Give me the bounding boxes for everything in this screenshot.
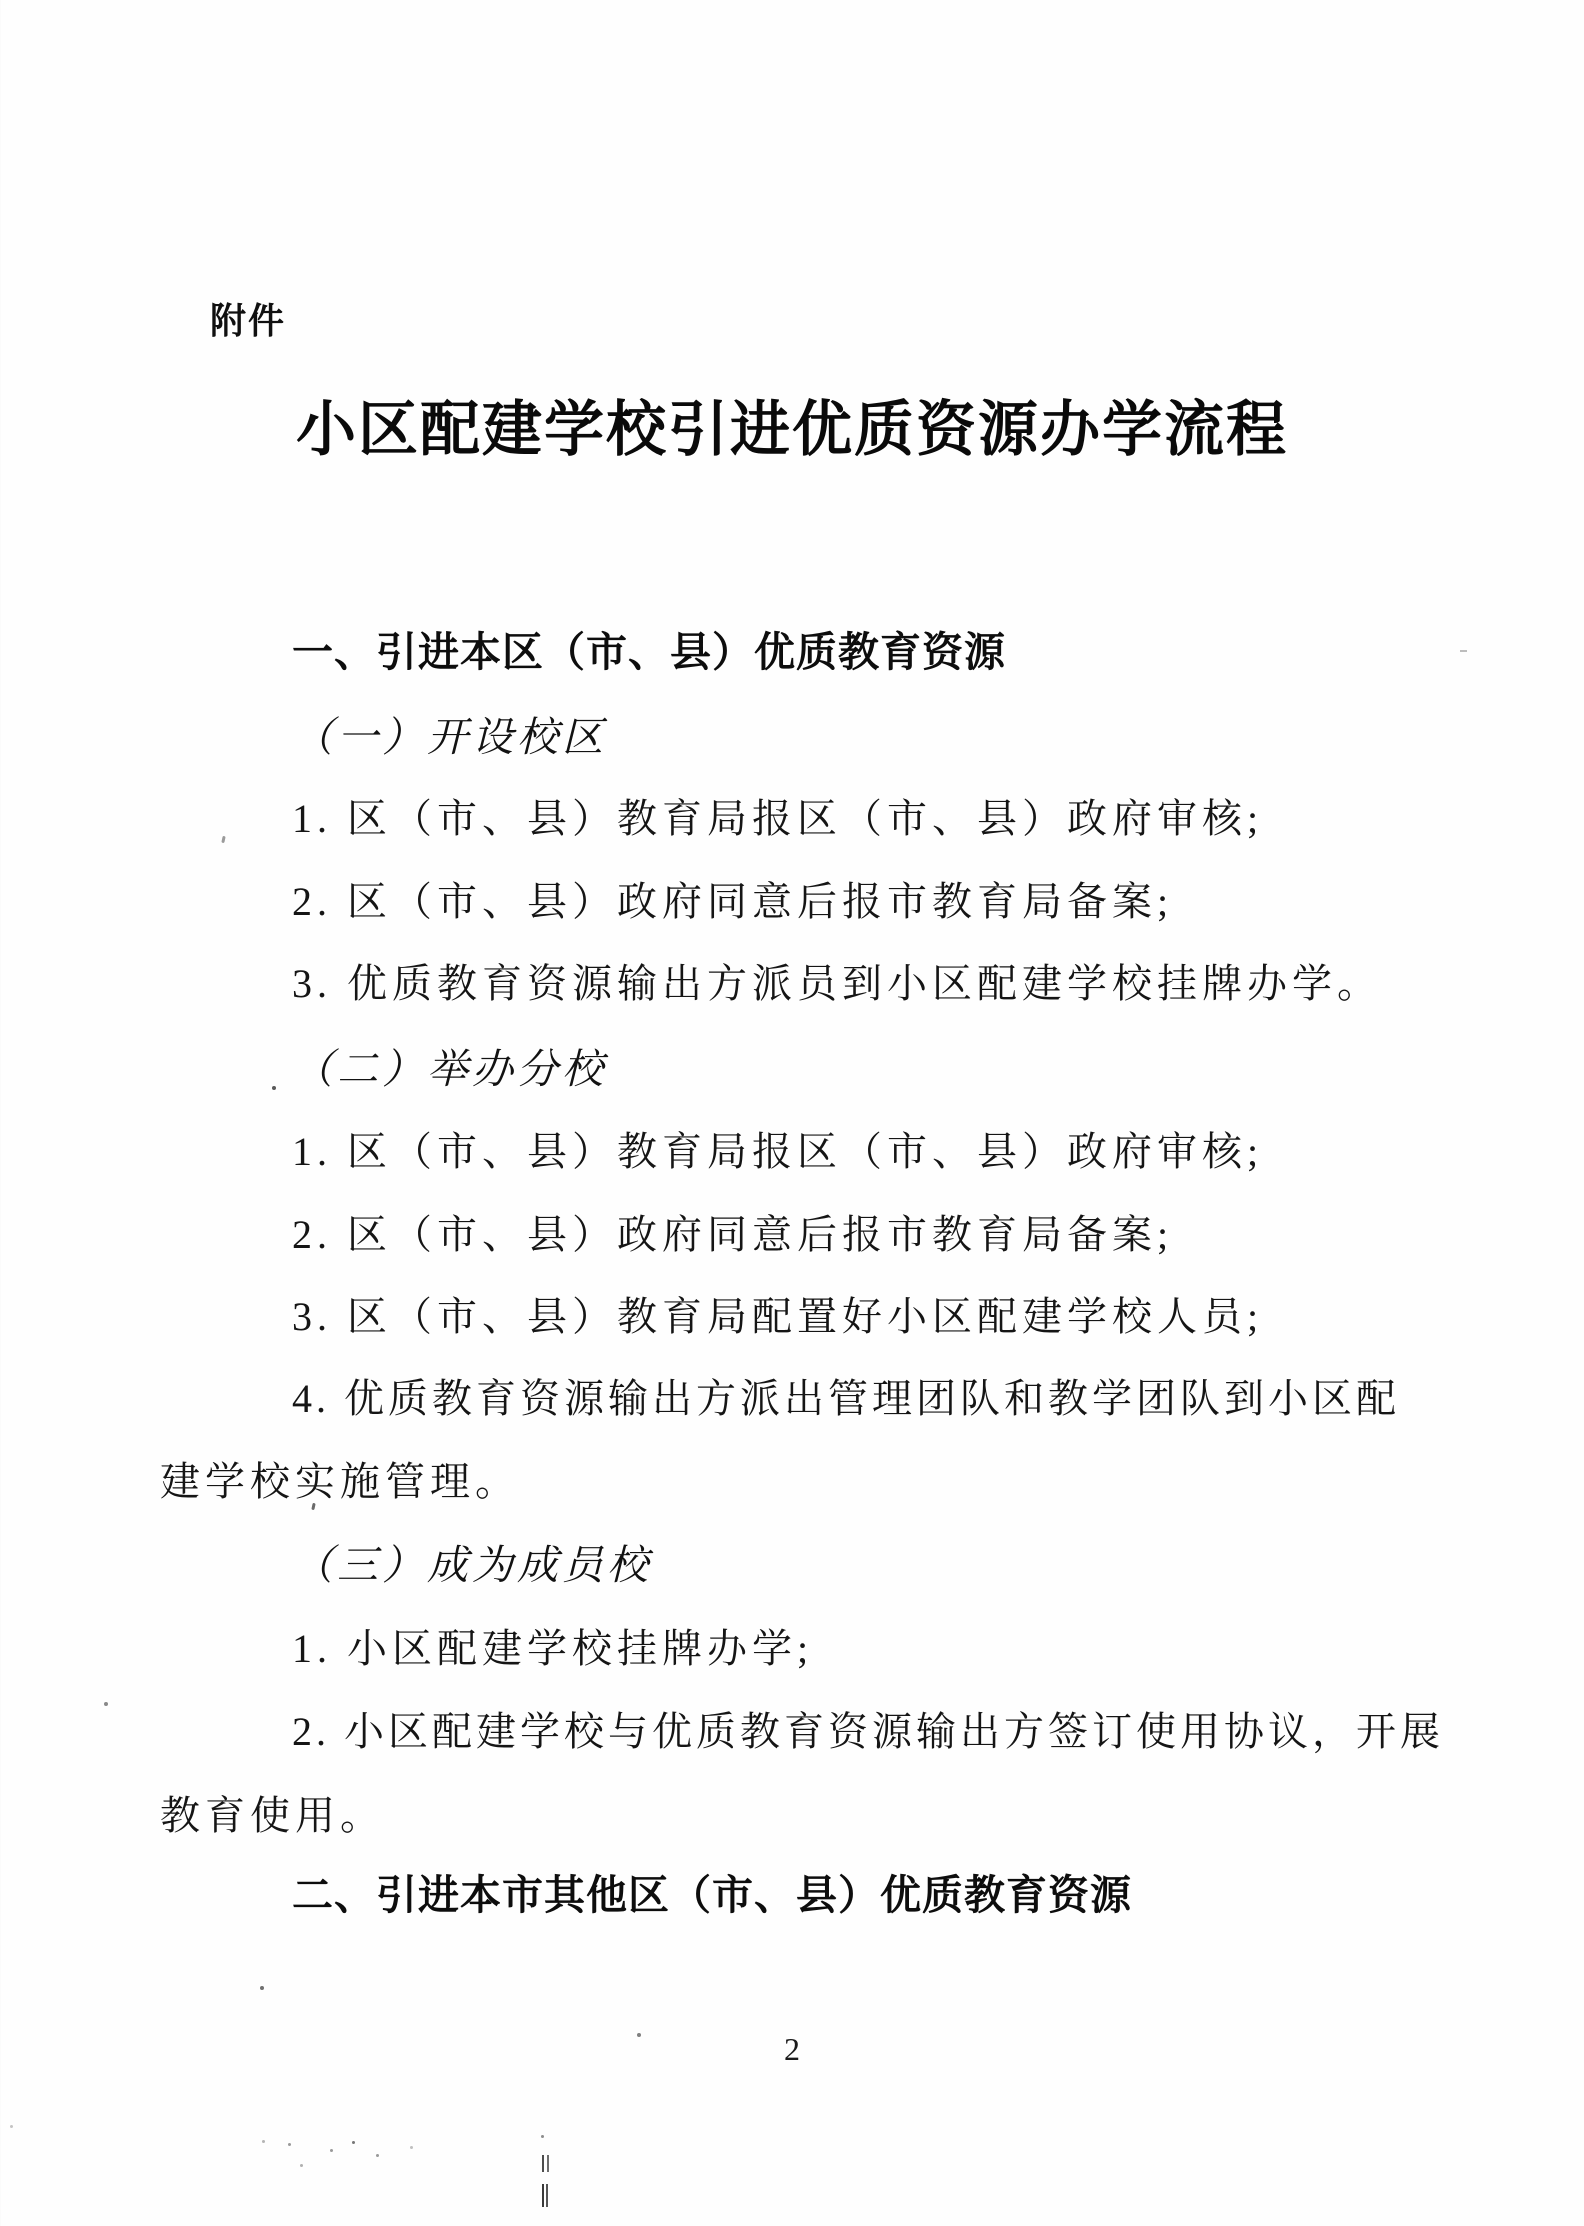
scan-artifact <box>546 2184 548 2207</box>
list-item: 1. 小区配建学校挂牌办学; <box>292 1617 813 1674</box>
scan-artifact <box>311 1503 315 1510</box>
scan-artifact <box>260 1986 264 1990</box>
document-page: 附件 小区配建学校引进优质资源办学流程 一、引进本区（市、县）优质教育资源 （一… <box>0 0 1584 2226</box>
subsection-heading-1-1: （一）开设校区 <box>292 704 607 763</box>
list-item: 1. 区（市、县）教育局报区（市、县）政府审核; <box>292 787 1263 844</box>
attachment-label: 附件 <box>210 293 286 344</box>
scan-artifact <box>300 2164 303 2167</box>
page-title: 小区配建学校引进优质资源办学流程 <box>0 382 1584 468</box>
subsection-heading-1-3: （三）成为成员校 <box>292 1532 652 1591</box>
list-item: 3. 优质教育资源输出方派员到小区配建学校挂牌办学。 <box>292 952 1382 1009</box>
scan-artifact <box>542 2184 544 2207</box>
list-item: 2. 小区配建学校与优质教育资源输出方签订使用协议，开展 <box>292 1700 1444 1757</box>
scan-artifact <box>1460 650 1467 652</box>
scan-artifact <box>637 2033 641 2037</box>
scan-artifact <box>330 2149 333 2152</box>
scan-artifact <box>272 1086 276 1090</box>
list-item-continuation: 建学校实施管理。 <box>160 1450 520 1507</box>
scan-artifact <box>542 2155 544 2172</box>
scan-artifact <box>288 2143 291 2146</box>
section-heading-1: 一、引进本区（市、县）优质教育资源 <box>292 619 1006 678</box>
scan-artifact <box>10 2125 13 2128</box>
section-heading-2: 二、引进本市其他区（市、县）优质教育资源 <box>292 1862 1132 1921</box>
page-number: 2 <box>0 2031 1584 2068</box>
list-item-continuation: 教育使用。 <box>160 1784 385 1841</box>
scan-artifact <box>376 2154 379 2157</box>
scan-artifact <box>410 2146 413 2149</box>
scan-artifact <box>547 2155 549 2172</box>
subsection-heading-1-2: （二）举办分校 <box>292 1036 607 1095</box>
list-item: 2. 区（市、县）政府同意后报市教育局备案; <box>292 1203 1173 1260</box>
scan-artifact <box>352 2141 355 2144</box>
list-item: 1. 区（市、县）教育局报区（市、县）政府审核; <box>292 1120 1263 1177</box>
scan-artifact <box>104 1702 108 1706</box>
scan-artifact <box>262 2140 265 2143</box>
list-item: 4. 优质教育资源输出方派出管理团队和教学团队到小区配 <box>292 1367 1400 1424</box>
list-item: 3. 区（市、县）教育局配置好小区配建学校人员; <box>292 1285 1263 1342</box>
list-item: 2. 区（市、县）政府同意后报市教育局备案; <box>292 870 1173 927</box>
scan-artifact <box>541 2135 544 2138</box>
scan-artifact <box>221 836 225 843</box>
